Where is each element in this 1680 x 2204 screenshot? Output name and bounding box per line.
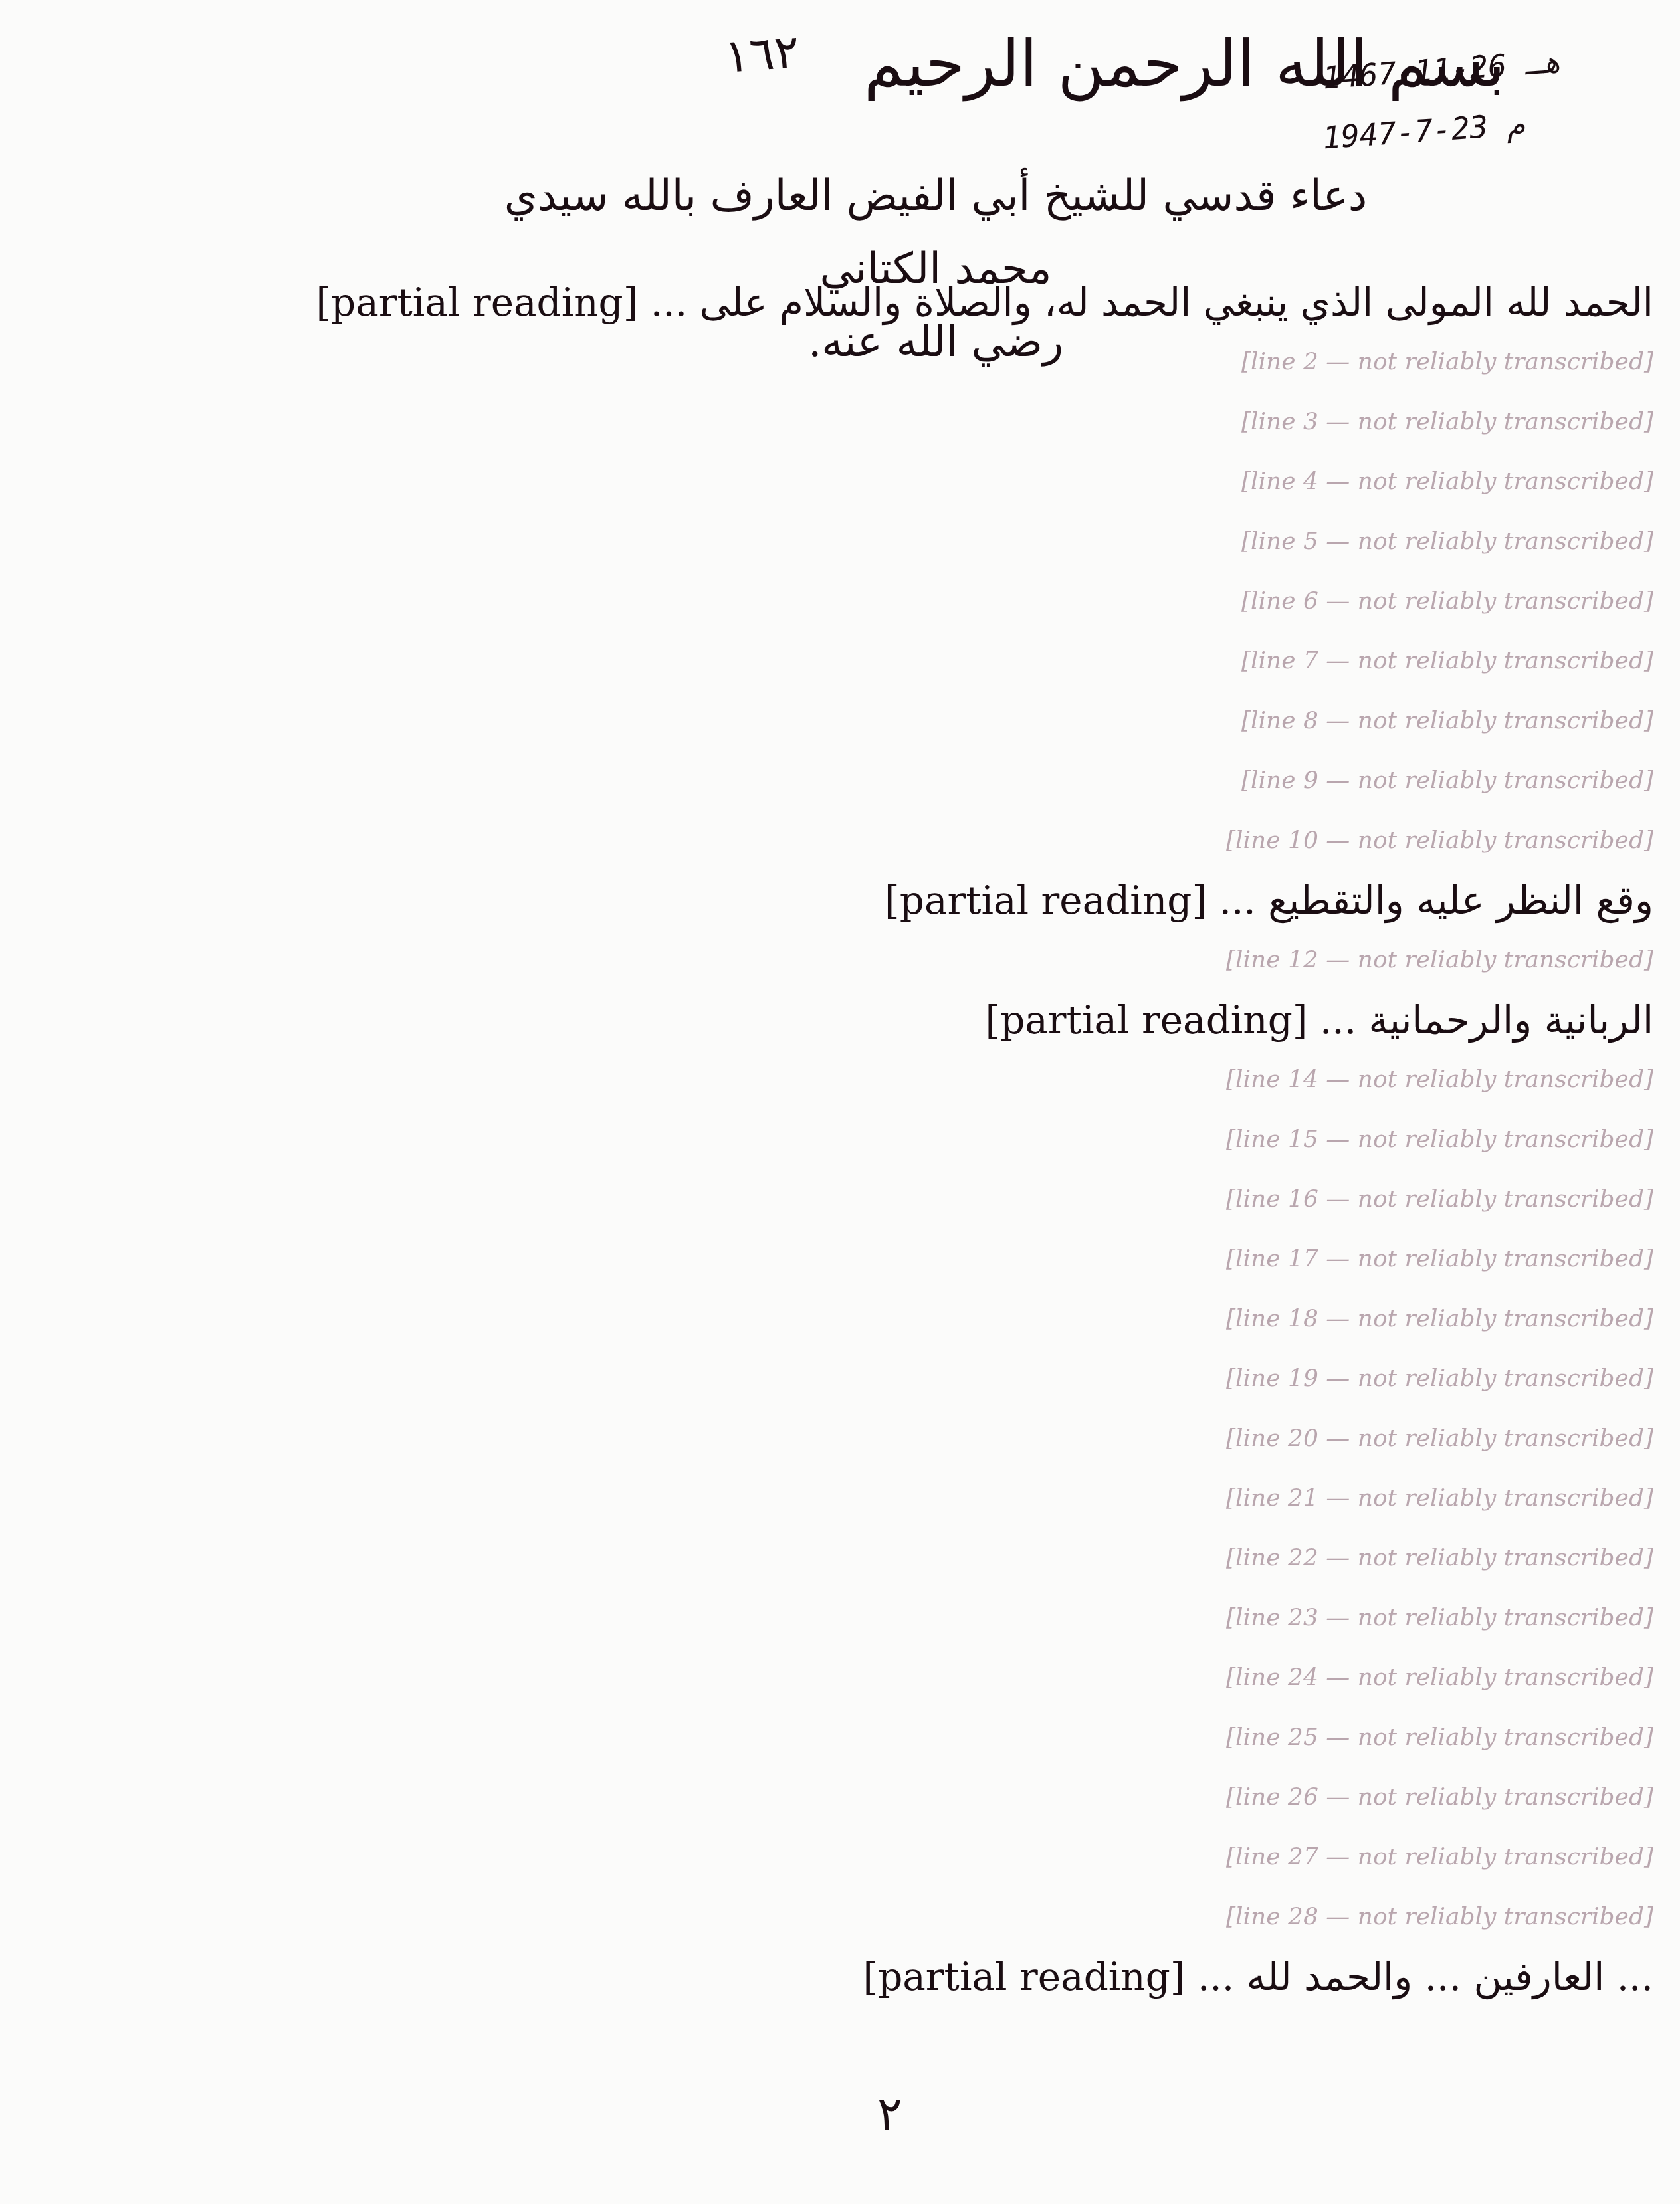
manuscript-line: [line 5 — not reliably transcribed] [27,512,1653,571]
prayer-body: الحمد لله المولى الذي ينبغي الحمد له، وا… [27,272,1653,2007]
page-number: ٢ [877,2086,902,2141]
manuscript-line: [line 23 — not reliably transcribed] [27,1588,1653,1648]
manuscript-line: [line 15 — not reliably transcribed] [27,1110,1653,1169]
manuscript-line: [line 24 — not reliably transcribed] [27,1648,1653,1708]
manuscript-line: [line 17 — not reliably transcribed] [27,1229,1653,1289]
manuscript-line: [line 27 — not reliably transcribed] [27,1827,1653,1887]
manuscript-line: [line 20 — not reliably transcribed] [27,1409,1653,1468]
manuscript-line: [line 28 — not reliably transcribed] [27,1887,1653,1947]
manuscript-line: [line 26 — not reliably transcribed] [27,1767,1653,1827]
manuscript-line: [line 9 — not reliably transcribed] [27,751,1653,811]
date-block: 1467-11-26 هـ 1947-7-23 م [1322,40,1562,159]
manuscript-line: [line 2 — not reliably transcribed] [27,332,1653,392]
manuscript-line: [line 12 — not reliably transcribed] [27,930,1653,990]
manuscript-line: [line 16 — not reliably transcribed] [27,1169,1653,1229]
manuscript-line: [line 8 — not reliably transcribed] [27,691,1653,751]
manuscript-line: [line 18 — not reliably transcribed] [27,1289,1653,1349]
manuscript-line: وقع النظر عليه والتقطيع ... [partial rea… [27,870,1653,930]
marginal-number: ١٦٢ [722,24,801,84]
manuscript-line: [line 21 — not reliably transcribed] [27,1468,1653,1528]
manuscript-line: ... العارفين ... والحمد لله ... [partial… [27,1947,1653,2007]
manuscript-line: [line 10 — not reliably transcribed] [27,811,1653,870]
manuscript-line: الحمد لله المولى الذي ينبغي الحمد له، وا… [27,272,1653,332]
manuscript-line: [line 14 — not reliably transcribed] [27,1050,1653,1110]
manuscript-line: [line 4 — not reliably transcribed] [27,452,1653,512]
manuscript-line: الربانية والرحمانية ... [partial reading… [27,990,1653,1050]
manuscript-line: [line 3 — not reliably transcribed] [27,392,1653,452]
manuscript-line: [line 6 — not reliably transcribed] [27,571,1653,631]
manuscript-line: [line 22 — not reliably transcribed] [27,1528,1653,1588]
manuscript-line: [line 25 — not reliably transcribed] [27,1708,1653,1767]
manuscript-page: ١٦٢ بسم الله الرحمن الرحيم 1467-11-26 هـ… [0,0,1680,2204]
manuscript-line: [line 7 — not reliably transcribed] [27,631,1653,691]
manuscript-line: [line 19 — not reliably transcribed] [27,1349,1653,1409]
